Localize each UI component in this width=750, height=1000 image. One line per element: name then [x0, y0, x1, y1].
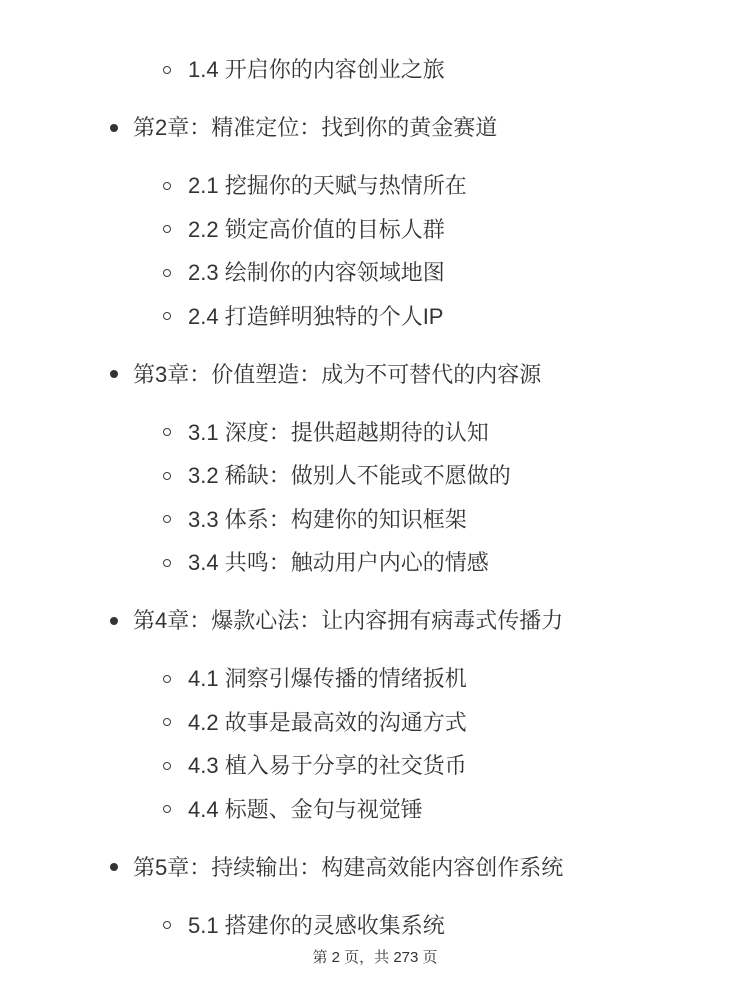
toc-section-label: 3.4 共鸣：触动用户内心的情感	[188, 550, 489, 575]
toc-section-item: 5.1 搭建你的灵感收集系统	[0, 904, 750, 948]
bullet-circle-icon	[163, 269, 171, 277]
bullet-circle-icon	[163, 762, 171, 770]
toc-section-item: 2.4 打造鲜明独特的个人IP	[0, 295, 750, 339]
toc-section-item: 4.1 洞察引爆传播的情绪扳机	[0, 657, 750, 701]
toc-chapter-item: 第5章：持续输出：构建高效能内容创作系统	[0, 846, 750, 890]
bullet-disc-icon	[110, 617, 118, 625]
bullet-circle-icon	[163, 718, 171, 726]
toc-chapter-item: 第4章：爆款心法：让内容拥有病毒式传播力	[0, 599, 750, 643]
bullet-disc-icon	[110, 863, 118, 871]
bullet-circle-icon	[163, 805, 171, 813]
toc-chapter-label: 第5章：持续输出：构建高效能内容创作系统	[133, 855, 563, 880]
toc-section-group-ch2: 2.1 挖掘你的天赋与热情所在 2.2 锁定高价值的目标人群 2.3 绘制你的内…	[0, 164, 750, 338]
toc-section-label: 4.4 标题、金句与视觉锤	[188, 797, 423, 822]
toc-chapter-item: 第2章：精准定位：找到你的黄金赛道	[0, 106, 750, 150]
toc-section-label: 2.3 绘制你的内容领域地图	[188, 260, 445, 285]
toc-section-label: 4.3 植入易于分享的社交货币	[188, 753, 467, 778]
toc-section-label: 3.3 体系：构建你的知识框架	[188, 507, 467, 532]
toc-section-label: 3.1 深度：提供超越期待的认知	[188, 420, 489, 445]
document-page: 1.4 开启你的内容创业之旅 第2章：精准定位：找到你的黄金赛道 2.1 挖掘你…	[0, 0, 750, 1000]
toc-section-group-ch3: 3.1 深度：提供超越期待的认知 3.2 稀缺：做别人不能或不愿做的 3.3 体…	[0, 411, 750, 585]
toc-section-label: 2.2 锁定高价值的目标人群	[188, 217, 445, 242]
bullet-circle-icon	[163, 559, 171, 567]
bullet-circle-icon	[163, 675, 171, 683]
toc-section-group-ch5: 5.1 搭建你的灵感收集系统	[0, 904, 750, 948]
toc-section-label: 4.1 洞察引爆传播的情绪扳机	[188, 666, 467, 691]
toc-section-label: 5.1 搭建你的灵感收集系统	[188, 913, 445, 938]
toc-section-label: 4.2 故事是最高效的沟通方式	[188, 710, 467, 735]
toc-section-label: 3.2 稀缺：做别人不能或不愿做的	[188, 463, 511, 488]
toc-section-item: 4.3 植入易于分享的社交货币	[0, 744, 750, 788]
toc-section-label: 2.4 打造鲜明独特的个人IP	[188, 304, 443, 329]
bullet-circle-icon	[163, 66, 171, 74]
bullet-circle-icon	[163, 428, 171, 436]
toc-chapter-label: 第2章：精准定位：找到你的黄金赛道	[133, 115, 497, 140]
bullet-circle-icon	[163, 515, 171, 523]
toc-section-item: 3.2 稀缺：做别人不能或不愿做的	[0, 454, 750, 498]
bullet-circle-icon	[163, 225, 171, 233]
toc-section-item: 2.2 锁定高价值的目标人群	[0, 208, 750, 252]
toc-section-group-ch4: 4.1 洞察引爆传播的情绪扳机 4.2 故事是最高效的沟通方式 4.3 植入易于…	[0, 657, 750, 831]
toc-chapter-label: 第4章：爆款心法：让内容拥有病毒式传播力	[133, 608, 563, 633]
toc-section-group-ch1: 1.4 开启你的内容创业之旅	[0, 48, 750, 92]
toc-section-item: 1.4 开启你的内容创业之旅	[0, 48, 750, 92]
bullet-disc-icon	[110, 370, 118, 378]
toc-chapter-item: 第3章：价值塑造：成为不可替代的内容源	[0, 353, 750, 397]
toc-section-item: 2.3 绘制你的内容领域地图	[0, 251, 750, 295]
toc-section-item: 4.2 故事是最高效的沟通方式	[0, 701, 750, 745]
bullet-circle-icon	[163, 182, 171, 190]
bullet-disc-icon	[110, 124, 118, 132]
toc-section-item: 3.4 共鸣：触动用户内心的情感	[0, 541, 750, 585]
toc-section-item: 2.1 挖掘你的天赋与热情所在	[0, 164, 750, 208]
bullet-circle-icon	[163, 921, 171, 929]
page-indicator: 第 2 页，共 273 页	[0, 948, 750, 968]
toc-section-label: 2.1 挖掘你的天赋与热情所在	[188, 173, 467, 198]
toc-section-item: 3.1 深度：提供超越期待的认知	[0, 411, 750, 455]
bullet-circle-icon	[163, 472, 171, 480]
toc-section-label: 1.4 开启你的内容创业之旅	[188, 57, 445, 82]
toc-section-item: 3.3 体系：构建你的知识框架	[0, 498, 750, 542]
bullet-circle-icon	[163, 312, 171, 320]
toc-chapter-label: 第3章：价值塑造：成为不可替代的内容源	[133, 362, 541, 387]
toc-section-item: 4.4 标题、金句与视觉锤	[0, 788, 750, 832]
